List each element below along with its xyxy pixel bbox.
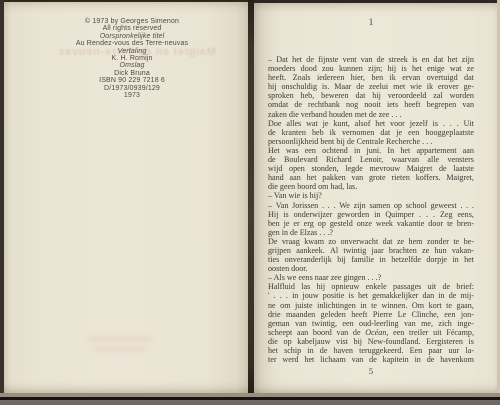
colophon-line: Omslag — [32, 62, 232, 69]
colophon-line: Dick Bruna — [32, 70, 232, 77]
right-page: 1 –Dathetdefijnsteventvandestreekisendat… — [254, 3, 497, 393]
colophon-line: Au Rendez-vous des Terre-neuvas — [32, 40, 232, 47]
body-line: heeft.Zoalsiedereenhier,benikervanovertu… — [268, 73, 474, 82]
body-line: – Als we eens naar zee gingen . . .? — [268, 273, 474, 282]
scan-edge-bottom-gray — [0, 400, 500, 405]
body-line: hijonschuldigis.Maardezeeluimetwieikerov… — [268, 82, 474, 91]
colophon-line: Oorspronkelijke titel — [32, 33, 232, 40]
body-line: gemanvantwintig,eenoud-leerlingvanme,zic… — [268, 319, 474, 328]
body-line: oosten door. — [268, 264, 474, 273]
body-line: grijpenaankeek.Altwintigjaarbrachtenzehu… — [268, 246, 474, 255]
body-line: driemaandengeledenheeftPierreLeClinche,e… — [268, 310, 474, 319]
colophon-line: All rights reserved — [32, 25, 232, 32]
body-line: die geen boord om had, las. — [268, 182, 474, 191]
colophon-line: ISBN 90 229 7218 6 — [32, 77, 232, 84]
body-line: omdatderechtbanknognooitietsheeftbegrepe… — [268, 100, 474, 109]
body-line: handaanhetpakkenvangroterietenkoffers.Ma… — [268, 173, 474, 182]
colophon-lines: © 1973 by Georges SimenonAll rights rese… — [32, 18, 232, 99]
body-line: Hetwaseenochtendinjuni.Inhetappartementa… — [268, 146, 474, 155]
body-line: persoonlijkheid bent bij de Centrale Rec… — [268, 137, 474, 146]
body-line: benjeerergopgesteldonzeweekvakantiedoort… — [268, 219, 474, 228]
body-line: terwerdhetlichaamvandekapiteinindehavenk… — [268, 355, 474, 364]
colophon-line: © 1973 by Georges Simenon — [32, 18, 232, 25]
body-line: – Van wie is hij? — [268, 191, 474, 200]
body-line: HijisonderwijzergewordeninQuimper...Zege… — [268, 210, 474, 219]
body-line: deBoulevardRichardLenoir,waarvanallevens… — [268, 155, 474, 164]
body-line: sprokenheb,bewerendathijveroordeeldzalwo… — [268, 91, 474, 100]
body-line: dieopkabeljauwvistbijNew-foundland.Eergi… — [268, 337, 474, 346]
body-line: Devraagkwamzoonverwachtdatzehemzonderteb… — [268, 237, 474, 246]
body-line: scheeptaanboordvandeOcéan,eentreileruitF… — [268, 328, 474, 337]
body-line: Doealleswatjekunt,alsofhetvoorjezelfis..… — [268, 119, 474, 128]
page-number: 5 — [268, 366, 474, 376]
body-line: '...injouwpositieishetgemakkelijkerdanin… — [268, 291, 474, 300]
colophon-line: Vertaling — [32, 48, 232, 55]
chapter-number: 1 — [268, 17, 474, 27]
colophon-line: 1973 — [32, 92, 232, 99]
scan-edge-left — [0, 0, 4, 405]
body-line: –VanJorissen...Wezijnsamenopschoolgewees… — [268, 201, 474, 210]
body-line: Halfluidlashijopnieuwenkelepassagesuitde… — [268, 282, 474, 291]
body-line: –Dathetdefijnsteventvandestreekisendathe… — [268, 55, 474, 64]
body-line: moedersdoodzoukunnenzijn;hijishetenigewa… — [268, 64, 474, 73]
show-through-smudge — [94, 346, 146, 352]
left-page: Maigret en de Terre-neuvas © 1973 by Geo… — [4, 2, 248, 393]
body-line: wijdopenstonden,legdemevrouwMaigretdelaa… — [268, 164, 474, 173]
body-line: tiesonveranderlijkbijfamilieinhetzelfded… — [268, 255, 474, 264]
body-line: hetschipindehaventeruggekeerd.Eenpaaruur… — [268, 346, 474, 355]
body-line: dekrantenhebikvernomendatjeeenhooggeplaa… — [268, 128, 474, 137]
body-line: neomjuisteinlichtingenintewinnen.Omkortt… — [268, 301, 474, 310]
colophon-line: K. H. Romijn — [32, 55, 232, 62]
body-lines: –Dathetdefijnsteventvandestreekisendathe… — [268, 55, 474, 364]
body-line: gen in de Elzas . . .? — [268, 228, 474, 237]
body-line: zaken die verband houden met de zee . . … — [268, 110, 474, 119]
colophon-line: D/1973/0939/129 — [32, 85, 232, 92]
show-through-smudge — [88, 336, 152, 342]
book-scan: Maigret en de Terre-neuvas © 1973 by Geo… — [0, 0, 500, 405]
